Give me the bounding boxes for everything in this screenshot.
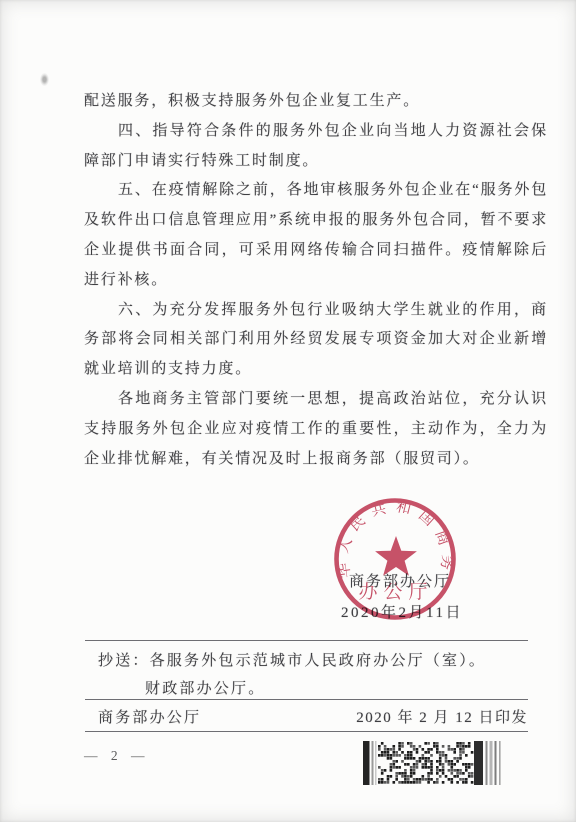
divider-line (85, 731, 528, 732)
divider-line (85, 699, 528, 700)
page-number: — 2 — (84, 748, 150, 764)
body-paragraph: 五、在疫情解除之前，各地审核服务外包企业在“服务外包及软件出口信息管理应用”系统… (84, 176, 548, 295)
body-paragraph: 各地商务主管部门要统一思想，提高政治站位，充分认识支持服务外包企业应对疫情工作的… (84, 385, 548, 474)
cc-recipients-line2: 财政部办公厅。 (145, 677, 265, 698)
body-paragraph: 四、指导符合条件的服务外包企业向当地人力资源社会保障部门申请实行特殊工时制度。 (84, 117, 548, 177)
document-body: 配送服务，积极支持服务外包企业复工生产。 四、指导符合条件的服务外包企业向当地人… (84, 87, 548, 474)
document-page: 配送服务，积极支持服务外包企业复工生产。 四、指导符合条件的服务外包企业向当地人… (0, 0, 576, 822)
scan-speck (40, 73, 49, 86)
official-seal-icon: 中华人民共和国商务部 办公厅 (330, 494, 460, 624)
seal-star-icon (375, 536, 417, 576)
divider-line (85, 640, 528, 641)
body-paragraph: 配送服务，积极支持服务外包企业复工生产。 (84, 87, 548, 117)
barcode-2d-icon (363, 741, 506, 785)
cc-recipients-line1: 抄送：各服务外包示范城市人民政府办公厅（室）。 (98, 649, 486, 670)
colophon-print-date: 2020 年 2 月 12 日印发 (356, 706, 528, 727)
colophon-issuer: 商务部办公厅 (98, 706, 201, 727)
seal-bottom-text: 办公厅 (358, 581, 433, 603)
body-paragraph: 六、为充分发挥服务外包行业吸纳大学生就业的作用，商务部将会同相关部门利用外经贸发… (84, 296, 548, 385)
